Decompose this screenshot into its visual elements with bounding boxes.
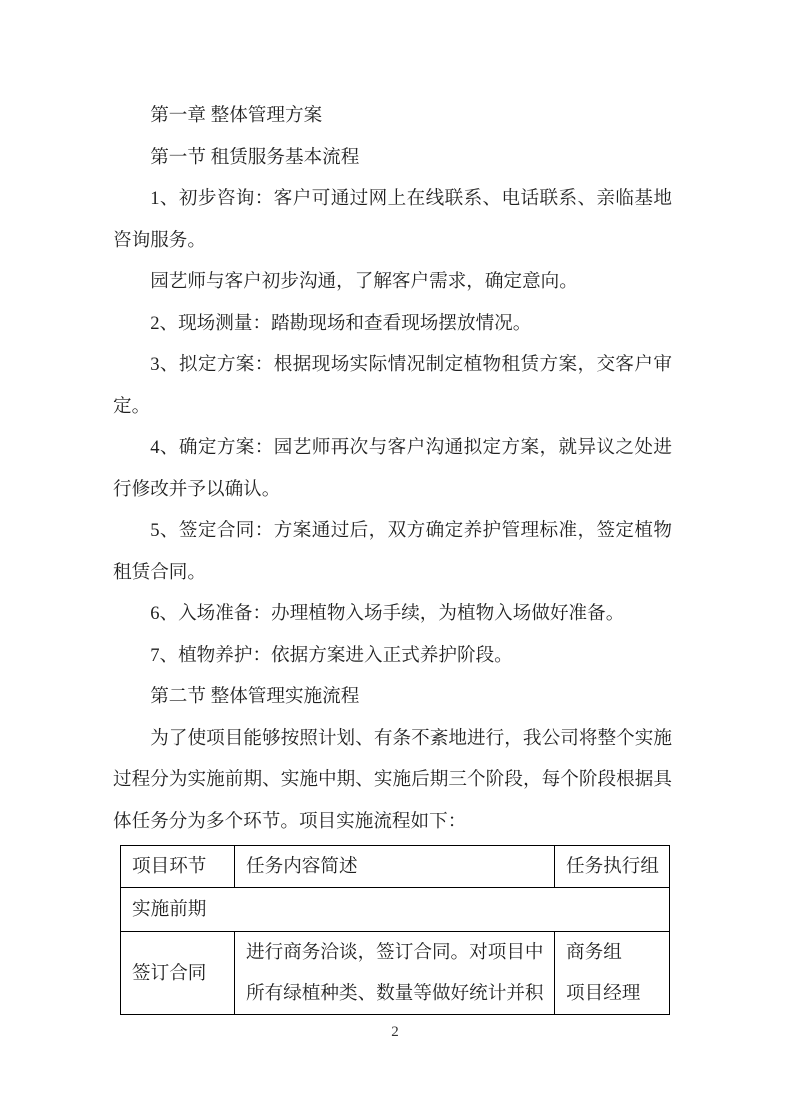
- para-implementation-intro: 为了使项目能够按照计划、有条不紊地进行，我公司将整个实施过程分为实施前期、实施中…: [113, 718, 672, 843]
- executor-line: 商务组: [566, 932, 660, 973]
- heading-section-1: 第一节 租赁服务基本流程: [113, 137, 672, 179]
- cell-task-team: 商务组 项目经理: [555, 932, 670, 1015]
- table-row: 签订合同 进行商务洽谈，签订合同。对项目中所有绿植种类、数量等做好统计并积 商务…: [121, 932, 670, 1015]
- document-page: 第一章 整体管理方案 第一节 租赁服务基本流程 1、初步咨询：客户可通过网上在线…: [0, 0, 790, 1118]
- para-step-3-draft-plan: 3、拟定方案：根据现场实际情况制定植物租赁方案，交客户审定。: [113, 344, 672, 427]
- para-step-2-site-measure: 2、现场测量：踏勘现场和查看现场摆放情况。: [113, 303, 672, 345]
- para-step-5-sign-contract: 5、签定合同：方案通过后，双方确定养护管理标准，签定植物租赁合同。: [113, 510, 672, 593]
- col-header-task-team: 任务执行组: [555, 846, 670, 888]
- para-step-1-consultation: 1、初步咨询：客户可通过网上在线联系、电话联系、亲临基地咨询服务。: [113, 178, 672, 261]
- heading-chapter-1: 第一章 整体管理方案: [113, 95, 672, 137]
- cell-project-step: 签订合同: [121, 932, 235, 1015]
- document-body: 第一章 整体管理方案 第一节 租赁服务基本流程 1、初步咨询：客户可通过网上在线…: [113, 95, 672, 1015]
- implementation-flow-table: 项目环节 任务内容简述 任务执行组 实施前期 签订合同 进行商务洽谈，签订合同。…: [120, 845, 670, 1015]
- page-number: 2: [0, 1024, 790, 1041]
- phase-label: 实施前期: [121, 888, 670, 932]
- table-header-row: 项目环节 任务内容简述 任务执行组: [121, 846, 670, 888]
- para-gardener-communication: 园艺师与客户初步沟通，了解客户需求，确定意向。: [113, 261, 672, 303]
- para-step-6-entry-preparation: 6、入场准备：办理植物入场手续，为植物入场做好准备。: [113, 593, 672, 635]
- para-step-7-plant-maintenance: 7、植物养护：依据方案进入正式养护阶段。: [113, 635, 672, 677]
- executor-line: 项目经理: [566, 973, 660, 1014]
- col-header-task-description: 任务内容简述: [235, 846, 555, 888]
- heading-section-2: 第二节 整体管理实施流程: [113, 676, 672, 718]
- cell-task-description: 进行商务洽谈，签订合同。对项目中所有绿植种类、数量等做好统计并积: [235, 932, 555, 1015]
- para-step-4-confirm-plan: 4、确定方案：园艺师再次与客户沟通拟定方案，就异议之处进行修改并予以确认。: [113, 427, 672, 510]
- col-header-project-step: 项目环节: [121, 846, 235, 888]
- table-phase-row: 实施前期: [121, 888, 670, 932]
